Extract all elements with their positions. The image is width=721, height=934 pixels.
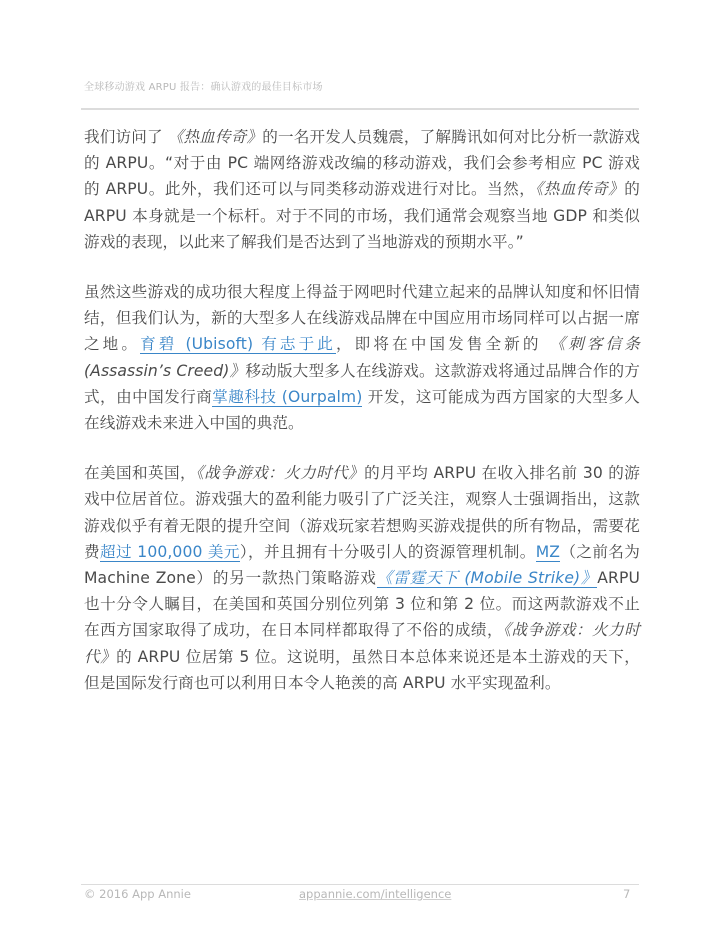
body-text: ，即将在中国发售全新的 bbox=[336, 335, 550, 353]
running-header: 全球移动游戏 ARPU 报告：确认游戏的最佳目标市场 bbox=[84, 78, 323, 93]
paragraph-1: 我们访问了 《热血传奇》的一名开发人员魏震，了解腾讯如何对比分析一款游戏的 AR… bbox=[84, 124, 640, 255]
inline-link[interactable]: MZ bbox=[536, 543, 560, 562]
page-number: 7 bbox=[623, 887, 630, 901]
body-text: 在美国和英国， bbox=[84, 464, 196, 482]
game-title-text: 《热血传奇》 bbox=[168, 128, 262, 146]
paragraph-2: 虽然这些游戏的成功很大程度上得益于网吧时代建立起来的品牌认知度和怀旧情结，但我们… bbox=[84, 279, 640, 436]
footer-url-link[interactable]: appannie.com/intelligence bbox=[299, 887, 451, 901]
game-title-text: 《战争游戏：火力时代》 bbox=[196, 464, 364, 482]
main-content: 我们访问了 《热血传奇》的一名开发人员魏震，了解腾讯如何对比分析一款游戏的 AR… bbox=[84, 124, 640, 720]
header-divider bbox=[81, 108, 639, 110]
paragraph-3: 在美国和英国，《战争游戏：火力时代》的月平均 ARPU 在收入排名前 30 的游… bbox=[84, 460, 640, 696]
inline-link[interactable]: 育碧 (Ubisoft) 有志于此 bbox=[140, 335, 336, 354]
inline-link[interactable]: 《雷霆天下 (Mobile Strike)》 bbox=[377, 569, 598, 588]
footer-divider bbox=[81, 884, 639, 885]
inline-link[interactable]: 掌趣科技 (Ourpalm) bbox=[212, 388, 362, 407]
body-text: 我们访问了 bbox=[84, 128, 168, 146]
inline-link[interactable]: 超过 100,000 美元 bbox=[100, 543, 240, 562]
game-title-text: 《热血传奇》 bbox=[535, 180, 624, 198]
body-text: 的 ARPU 位居第 5 位。这说明，虽然日本总体来说还是本土游戏的天下，但是国… bbox=[84, 648, 640, 692]
footer-copyright: © 2016 App Annie bbox=[84, 887, 191, 901]
body-text: ），并且拥有十分吸引人的资源管理机制。 bbox=[240, 543, 536, 561]
